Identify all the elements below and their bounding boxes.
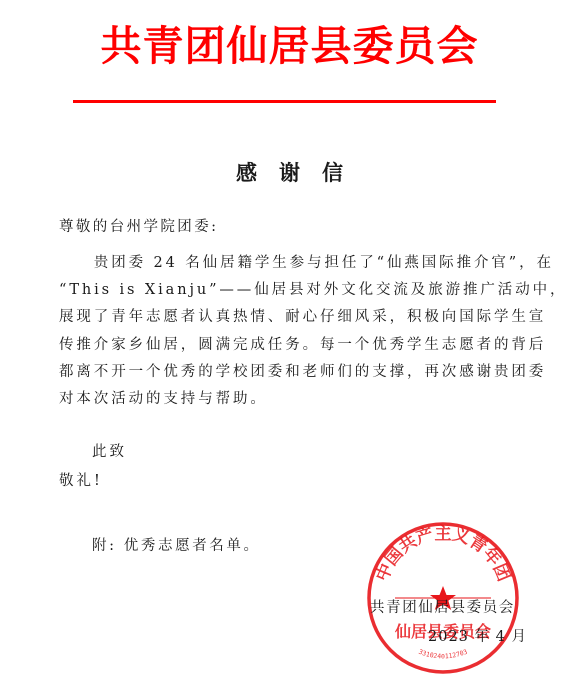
seal-serial: 3310240112703 [417,648,468,661]
document-title: 感谢信 [0,158,579,188]
letterhead-red-rule [73,100,496,103]
svg-text:中国共产主义青年团: 中国共产主义青年团 [371,523,513,584]
seal-arc-text: 中国共产主义青年团 [371,523,513,584]
letter-date: 2023 年 4 月 [428,625,527,646]
signer-organization: 共青团仙居县委员会 [370,596,515,617]
svg-text:3310240112703: 3310240112703 [417,648,468,661]
body-line: 传推介家乡仙居，圆满完成任务。每一个优秀学生志愿者的背后 [59,332,529,359]
title-char: 感 [236,158,257,188]
body-line: 对本次活动的支持与帮助。 [59,386,529,413]
body-line: 展现了青年志愿者认真热情、耐心仔细风采，积极向国际学生宣 [59,304,529,331]
title-char: 谢 [279,158,300,188]
attachment-note: 附: 优秀志愿者名单。 [92,534,261,555]
body-line: 贵团委 24 名仙居籍学生参与担任了“仙燕国际推介官”，在 [59,250,529,277]
closing-salute: 敬礼! [59,469,103,490]
salutation: 尊敬的台州学院团委: [59,217,218,237]
closing-phrase: 此致 [92,440,127,461]
body-line: 都离不开一个优秀的学校团委和老师们的支撑，再次感谢贵团委 [59,359,529,386]
letter-body: 贵团委 24 名仙居籍学生参与担任了“仙燕国际推介官”，在 “This is X… [59,250,529,413]
body-line: “This is Xianju”——仙居县对外文化交流及旅游推广活动中， [59,277,529,304]
title-char: 信 [322,158,343,188]
letterhead-title: 共青团仙居县委员会 [0,22,579,70]
